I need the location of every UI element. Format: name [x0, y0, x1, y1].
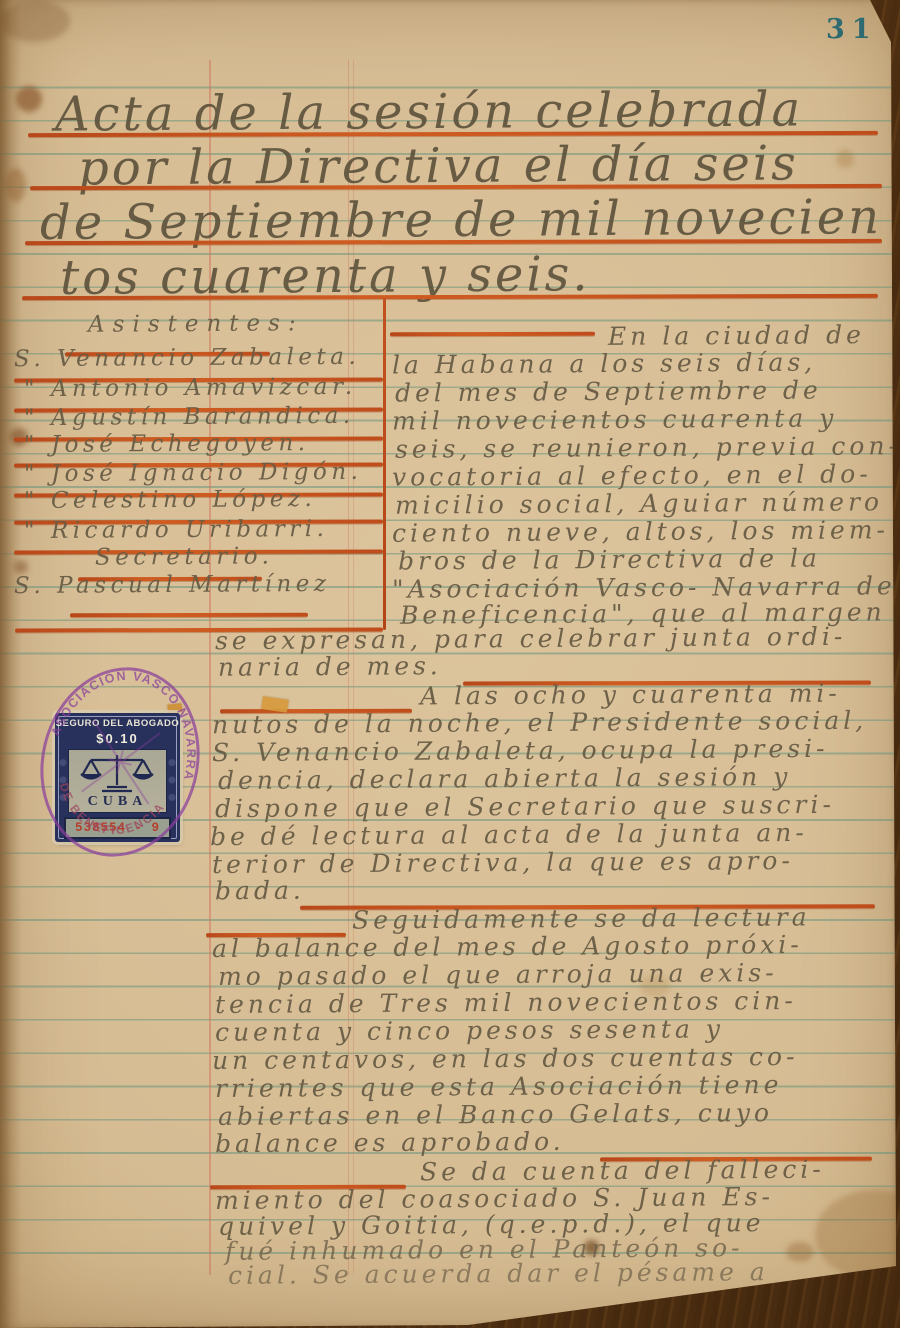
body-line: bros de la Directiva de la	[398, 544, 821, 576]
body-line: se expresan, para celebrar junta ordi-	[215, 622, 846, 655]
body-line: vocatoria al efecto, en el do-	[392, 459, 872, 491]
attendee-row: " Ricardo Uribarri.	[24, 516, 329, 544]
paper-stain	[836, 150, 854, 168]
paper-stain	[16, 86, 42, 112]
body-line: balance es aprobado.	[215, 1127, 565, 1158]
scanned-ledger-photo: { "scan": { "page_number": "31", "title_…	[0, 0, 900, 1328]
body-line: cial. Se acuerda dar el pésame a	[228, 1257, 769, 1290]
paper-stain	[0, 0, 70, 42]
secretary-name: S. Pascual Martínez	[14, 571, 331, 599]
attendee-row: " José Echegoyen.	[24, 430, 310, 458]
paper-stain	[786, 1242, 814, 1262]
scales-of-justice-icon	[69, 751, 166, 795]
attendees-heading: Asistentes:	[88, 310, 304, 338]
stamp-country-label: CUBA	[69, 794, 166, 810]
body-line: cuenta y cinco pesos sesenta y	[215, 1014, 724, 1047]
attendee-row: S. Venancio Zabaleta.	[14, 344, 360, 372]
attendees-closing-rule	[70, 613, 308, 617]
paper-stain	[14, 560, 28, 574]
stamp-ornament-right	[166, 751, 178, 809]
secretary-label: Secretario.	[95, 543, 274, 570]
stamp-serial-number: 538554 - 9	[75, 821, 160, 835]
stamp-vignette: CUBA	[68, 749, 167, 813]
body-line: del mes de Septiembre de	[395, 376, 822, 408]
body-line: En la ciudad de	[608, 320, 865, 351]
body-line: naria de mes.	[218, 651, 442, 682]
stamp-serial-tablet: 538554 - 9	[64, 817, 171, 839]
stamp-header-label: SEGURO DEL ABOGADO	[55, 718, 180, 729]
attendee-row: " Celestino López.	[24, 486, 317, 514]
page-number: 31	[826, 14, 878, 45]
margin-divider-line	[383, 298, 386, 630]
body-line: la Habana a los seis días,	[392, 348, 816, 380]
body-line: mil novecientos cuarenta y	[392, 403, 838, 435]
paragraph-indent-rule	[390, 332, 595, 336]
body-line: bada.	[215, 876, 305, 906]
body-line: terior de Directiva, la que es apro-	[212, 846, 794, 879]
attendee-row: " Agustín Barandica.	[24, 403, 355, 431]
stamp-denomination: $0.10	[55, 731, 180, 746]
attendee-row: " José Ignacio Digón.	[24, 459, 363, 487]
paper-stain	[6, 168, 26, 202]
body-line: abiertas en el Banco Gelats, cuyo	[218, 1098, 773, 1131]
attendee-row: " Antonio Amavizcar.	[24, 374, 357, 402]
ledger-page: 31 Acta de la sesión celebrada por la Di…	[0, 0, 900, 1328]
revenue-stamp: SEGURO DEL ABOGADO $0.10 CUBA 538554 -	[55, 713, 180, 842]
